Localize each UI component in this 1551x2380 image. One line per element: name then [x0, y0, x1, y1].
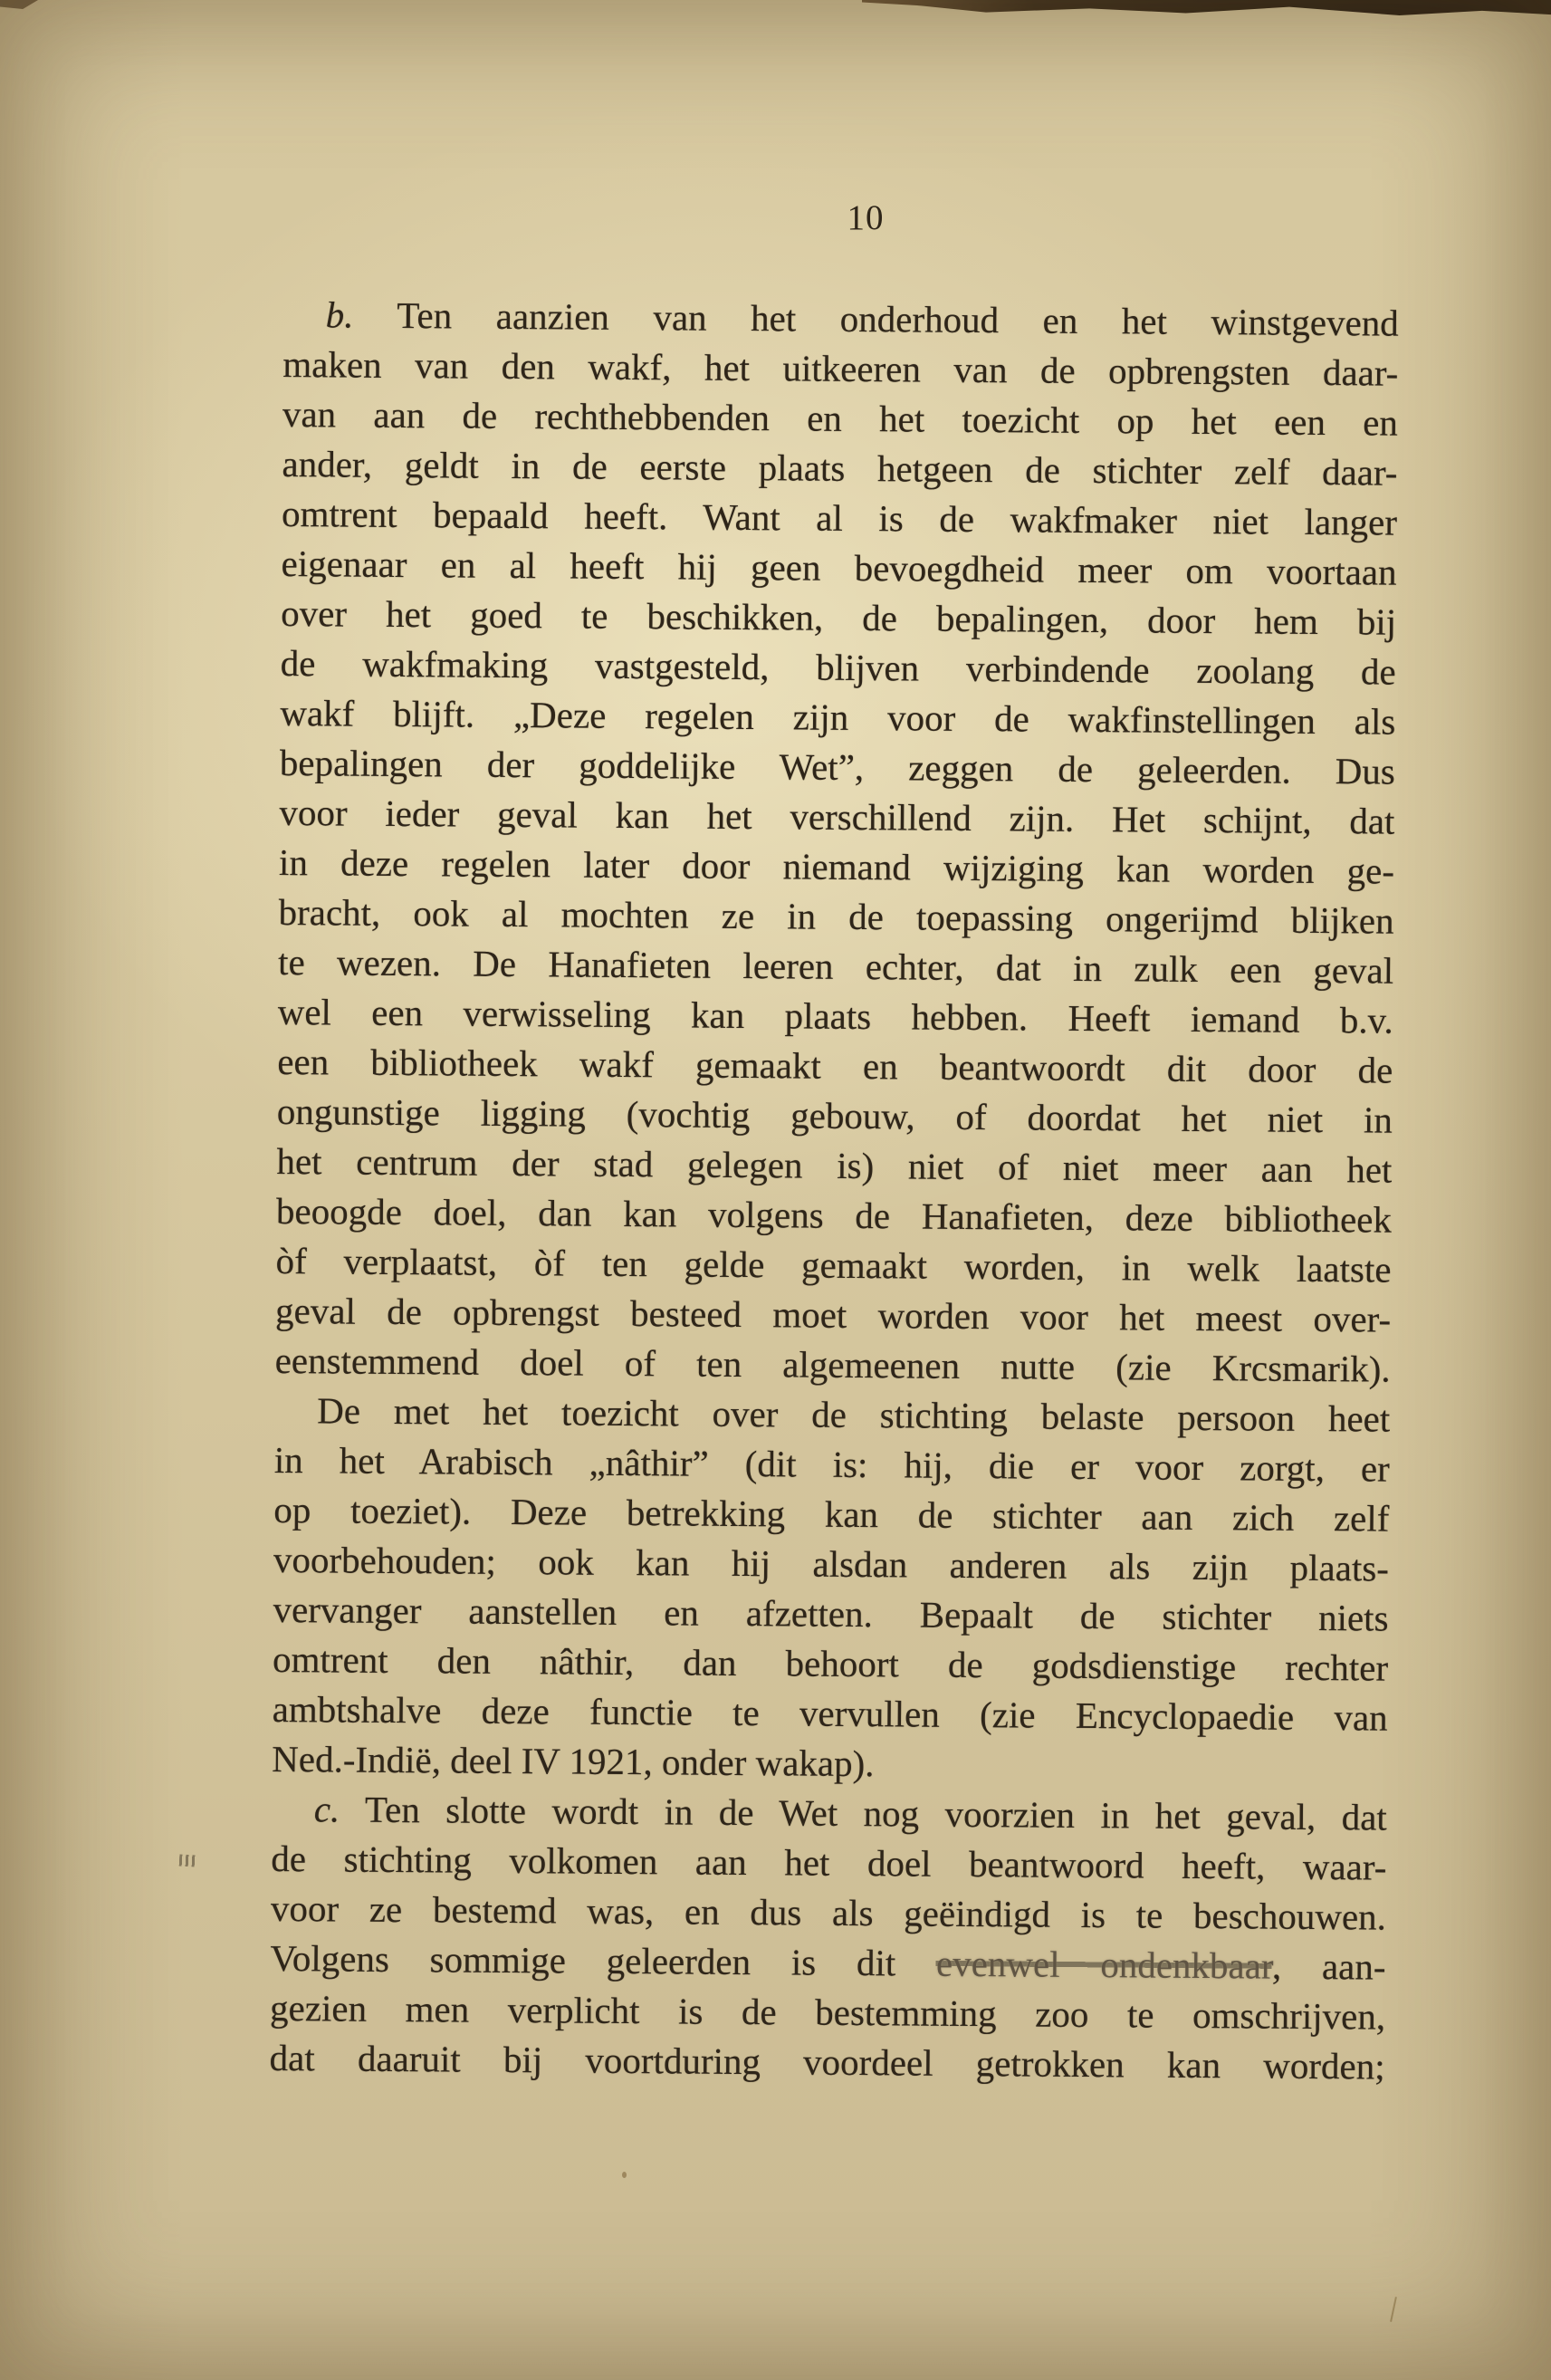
text-line: gezien men verplicht is de bestemming zo… [270, 1983, 1385, 2042]
text-line: òf verplaatst, òf ten gelde gemaakt word… [275, 1236, 1391, 1295]
text-line-content: het centrum der stad gelegen is) niet of… [276, 1140, 1392, 1191]
corner-ink-mark [0, 0, 38, 9]
text-line-content: gezien men verplicht is de bestemming zo… [270, 1987, 1385, 2038]
text-line: voor ieder geval kan het verschillend zi… [279, 788, 1394, 847]
text-line: te wezen. De Hanafieten leeren echter, d… [278, 937, 1393, 996]
text-line-content: geval de opbrengst besteed moet worden v… [275, 1290, 1391, 1340]
text-line: ongunstige ligging (vochtig gebouw, of d… [277, 1087, 1393, 1146]
paragraph-lead: b. [326, 293, 354, 335]
text-line: in het Arabisch „nâthir” (dit is: hij, d… [274, 1435, 1390, 1494]
text-line: wel een verwisseling kan plaats hebben. … [278, 987, 1393, 1046]
struck-text: evenwel ondenkbaar [936, 1943, 1272, 1987]
text-line: geval de opbrengst besteed moet worden v… [275, 1286, 1391, 1345]
text-line-content: vervanger aanstellen en afzetten. Bepaal… [273, 1588, 1388, 1639]
text-line: ambtshalve deze functie te vervullen (zi… [272, 1684, 1387, 1743]
text-line-content: omtrent bepaald heeft. Want al is de wak… [282, 493, 1397, 543]
body-text-block: b. Ten aanzien van het onderhoud en het … [269, 290, 1399, 2092]
text-line-content: de stichting volkomen aan het doel beant… [271, 1838, 1386, 1888]
text-line: De met het toezicht over de stichting be… [274, 1386, 1390, 1444]
text-line-content: wakf blijft. „Deze regelen zijn voor de … [280, 692, 1395, 743]
text-line-content: over het goed te beschikken, de bepaling… [281, 592, 1396, 643]
text-line: ander, geldt in de eerste plaats hetgeen… [282, 439, 1397, 498]
text-line: de stichting volkomen aan het doel beant… [271, 1834, 1386, 1893]
text-line-content: in het Arabisch „nâthir” (dit is: hij, d… [274, 1439, 1390, 1490]
paper-speck [622, 2172, 627, 2178]
text-line: Volgens sommige geleerden is dit evenwel… [270, 1934, 1385, 1992]
text-line-content: maken van den wakf, het uitkeeren van de… [282, 343, 1398, 394]
text-line: in deze regelen later door niemand wijzi… [279, 838, 1394, 897]
margin-ink-mark [179, 1855, 196, 1867]
paragraph-lead: c. [314, 1788, 340, 1829]
text-line-content: òf verplaatst, òf ten gelde gemaakt word… [275, 1240, 1391, 1291]
text-line-content: beoogde doel, dan kan volgens de Hanafie… [276, 1190, 1392, 1241]
text-line-content: ander, geldt in de eerste plaats hetgeen… [282, 443, 1397, 494]
text-line: eigenaar en al heeft hij geen bevoegdhei… [281, 539, 1396, 598]
text-line: c. Ten slotte wordt in de Wet nog voorzi… [272, 1784, 1387, 1843]
text-line: bracht, ook al mochten ze in de toepassi… [278, 888, 1393, 946]
text-line-content: ongunstige ligging (vochtig gebouw, of d… [277, 1090, 1393, 1141]
text-line-content: op toeziet). Deze betrekking kan de stic… [273, 1489, 1389, 1540]
text-line: dat daaruit bij voortduring voordeel get… [269, 2033, 1384, 2092]
text-line-content: te wezen. De Hanafieten leeren echter, d… [278, 941, 1393, 992]
text-line-content: de wakfmaking vastgesteld, blijven verbi… [281, 642, 1396, 693]
text-line: bepalingen der goddelijke Wet”, zeggen d… [280, 738, 1395, 797]
paper-fiber [1390, 2297, 1397, 2322]
text-line: maken van den wakf, het uitkeeren van de… [282, 340, 1398, 398]
text-line-content: bracht, ook al mochten ze in de toepassi… [278, 891, 1393, 942]
text-line: voor ze bestemd was, en dus als geëindig… [271, 1884, 1386, 1943]
page-number: 10 [308, 197, 1423, 238]
scanned-book-page: 10 b. Ten aanzien van het onderhoud en h… [0, 0, 1551, 2380]
text-line-content: wel een verwisseling kan plaats hebben. … [278, 991, 1393, 1041]
text-line: over het goed te beschikken, de bepaling… [281, 589, 1396, 648]
text-line-content: De met het toezicht over de stichting be… [317, 1389, 1390, 1439]
book-edge-shadow [862, 0, 1551, 15]
text-line: de wakfmaking vastgesteld, blijven verbi… [281, 638, 1396, 697]
text-line-content: voor ieder geval kan het verschillend zi… [279, 792, 1394, 842]
text-line-content: Ten aanzien van het onderhoud en het win… [397, 294, 1399, 344]
text-line: beoogde doel, dan kan volgens de Hanafie… [276, 1186, 1392, 1245]
text-line-content: bepalingen der goddelijke Wet”, zeggen d… [280, 742, 1395, 792]
text-line-content: een bibliotheek wakf gemaakt en beantwoo… [277, 1041, 1393, 1091]
text-line: wakf blijft. „Deze regelen zijn voor de … [280, 688, 1395, 747]
text-line: b. Ten aanzien van het onderhoud en het … [283, 290, 1399, 349]
text-line-content: van aan de rechthebbenden en het toezich… [282, 393, 1398, 444]
text-line: op toeziet). Deze betrekking kan de stic… [273, 1485, 1389, 1544]
text-line: voorbehouden; ook kan hij alsdan anderen… [273, 1535, 1389, 1594]
text-line-content: Ten slotte wordt in de Wet nog voorzien … [365, 1789, 1387, 1838]
text-line: omtrent den nâthir, dan behoort de godsd… [273, 1635, 1388, 1694]
text-line-content: voor ze bestemd was, en dus als geëindig… [271, 1887, 1386, 1938]
text-line: het centrum der stad gelegen is) niet of… [276, 1137, 1392, 1195]
text-line-content: eigenaar en al heeft hij geen bevoegdhei… [281, 542, 1396, 593]
text-line-content: voorbehouden; ook kan hij alsdan anderen… [273, 1539, 1389, 1589]
text-line-content: in deze regelen later door niemand wijzi… [279, 841, 1394, 892]
text-line-content: eenstemmend doel of ten algemeenen nutte… [275, 1339, 1391, 1390]
text-line-content: Ned.-Indië, deel IV 1921, onder wakap). [272, 1738, 875, 1784]
text-line: een bibliotheek wakf gemaakt en beantwoo… [277, 1037, 1393, 1096]
text-line: omtrent bepaald heeft. Want al is de wak… [282, 489, 1397, 548]
text-line-content: dat daaruit bij voortduring voordeel get… [269, 2037, 1384, 2087]
text-line: Ned.-Indië, deel IV 1921, onder wakap). [272, 1734, 1387, 1793]
text-line: van aan de rechthebbenden en het toezich… [282, 389, 1398, 448]
text-line-content: ambtshalve deze functie te vervullen (zi… [273, 1688, 1388, 1739]
text-line-content: omtrent den nâthir, dan behoort de godsd… [273, 1638, 1388, 1689]
text-line: vervanger aanstellen en afzetten. Bepaal… [273, 1585, 1388, 1644]
text-line: eenstemmend doel of ten algemeenen nutte… [274, 1336, 1390, 1395]
